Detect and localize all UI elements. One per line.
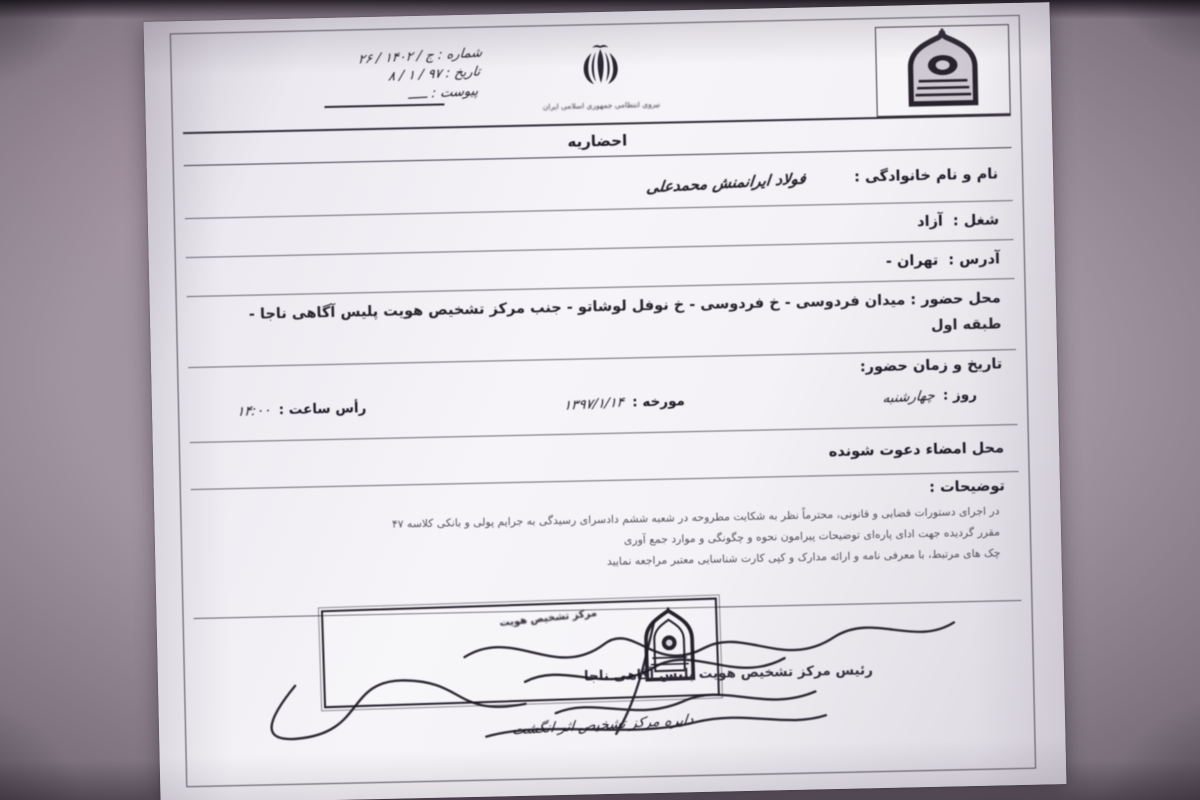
row-venue: محل حضور : میدان فردوسی - خ فردوسی - خ ن…: [187, 279, 1016, 368]
official-title: رئیس مرکز تشخیص هویت پلیس آگاهی ناجا: [584, 662, 873, 684]
summons-document: نیروی انتظامی جمهوری اسلامی ایران شماره …: [144, 2, 1067, 800]
job-value: آزاد: [917, 214, 943, 231]
letterhead-attachment: پیوست : ـــــ: [182, 82, 480, 118]
row-name: نام و نام خانوادگی : فولاد ایرانمنش محمد…: [184, 148, 1013, 219]
address-label: آدرس :: [948, 251, 1000, 268]
form-outer-border: نیروی انتظامی جمهوری اسلامی ایران شماره …: [170, 15, 1036, 787]
footer-signature-area: مرکز تشخیص هویت رئیس مرکز تشخیص هویت پلی…: [194, 600, 1025, 757]
letterhead-badge-area: [714, 22, 1010, 120]
letterhead-number: شماره : ج / ۱۴۰۲ / ۲۶: [186, 44, 484, 80]
official-stamp: مرکز تشخیص هویت: [321, 598, 720, 709]
row-datetime: تاریخ و زمان حضور: روز : چهارشنبه مورخه …: [188, 350, 1017, 443]
day-value-handwritten: چهارشنبه: [882, 388, 936, 407]
time-value-handwritten: ۱۴:۰۰: [236, 402, 271, 420]
row-notes: توضیحات : در اجرای دستورات قضایی و قانون…: [191, 472, 1022, 618]
date-value-handwritten: ۱۳۹۷/۱/۱۴: [563, 395, 625, 414]
letterhead-emblem-area: نیروی انتظامی جمهوری اسلامی ایران: [485, 29, 716, 113]
letterhead: نیروی انتظامی جمهوری اسلامی ایران شماره …: [181, 22, 1011, 132]
venue-value: میدان فردوسی - خ فردوسی - خ نوفل لوشاتو …: [249, 292, 1002, 333]
date-label: مورخه :: [632, 393, 685, 410]
notes-text: در اجرای دستورات قضایی و قانونی، محترماً…: [205, 494, 1006, 580]
address-value: تهران -: [886, 253, 939, 270]
emblem-caption: نیروی انتظامی جمهوری اسلامی ایران: [487, 99, 716, 113]
signature-scribble-icon: [223, 575, 1007, 762]
naja-police-badge-icon: [898, 28, 988, 114]
letterhead-date: تاریخ : ۹۷ / ۱ / ۸: [184, 63, 482, 99]
signature-place-label: محل امضاء دعوت شونده: [829, 440, 1005, 460]
document-title: احضاریه: [183, 114, 1012, 166]
handwritten-note: دایره مرکز تشخیص اثر انگشت: [512, 712, 695, 738]
row-signature-place: محل امضاء دعوت شونده: [190, 425, 1019, 490]
letterhead-fields: شماره : ج / ۱۴۰۲ / ۲۶ تاریخ : ۹۷ / ۱ / ۸…: [181, 34, 487, 112]
notes-line-3: چک های مرتبط، با معرفی نامه و ارائه مدار…: [216, 542, 1000, 580]
day-label: روز :: [943, 387, 977, 404]
datetime-label: تاریخ و زمان حضور:: [860, 356, 1003, 375]
datetime-values: روز : چهارشنبه مورخه : ۱۳۹۷/۱/۱۴ رأس ساع…: [203, 372, 1003, 419]
name-value-handwritten: فولاد ایرانمنش محمدعلی: [646, 170, 807, 197]
row-address: آدرس : تهران -: [186, 240, 1015, 297]
notes-label: توضیحات :: [929, 478, 1005, 496]
time-label: رأس ساعت :: [278, 400, 366, 418]
photo-background: نیروی انتظامی جمهوری اسلامی ایران شماره …: [0, 0, 1200, 800]
stamp-caption: مرکز تشخیص هویت: [499, 608, 597, 629]
notes-line-2: مقرر گردیده جهت ادای پاره‌ای توضیحات پیر…: [216, 521, 1000, 559]
stamp-seal-icon: [631, 605, 708, 691]
row-job: شغل : آزاد: [185, 201, 1014, 258]
venue-label: محل حضور :: [910, 290, 1001, 308]
iran-national-emblem-icon: [569, 79, 633, 99]
name-label: نام و نام خانوادگی :: [854, 166, 998, 185]
notes-line-1: در اجرای دستورات قضایی و قانونی، محترماً…: [215, 500, 999, 538]
letterhead-underline: [325, 103, 445, 108]
job-label: شغل :: [953, 212, 1000, 229]
police-badge-box: [875, 24, 1011, 117]
